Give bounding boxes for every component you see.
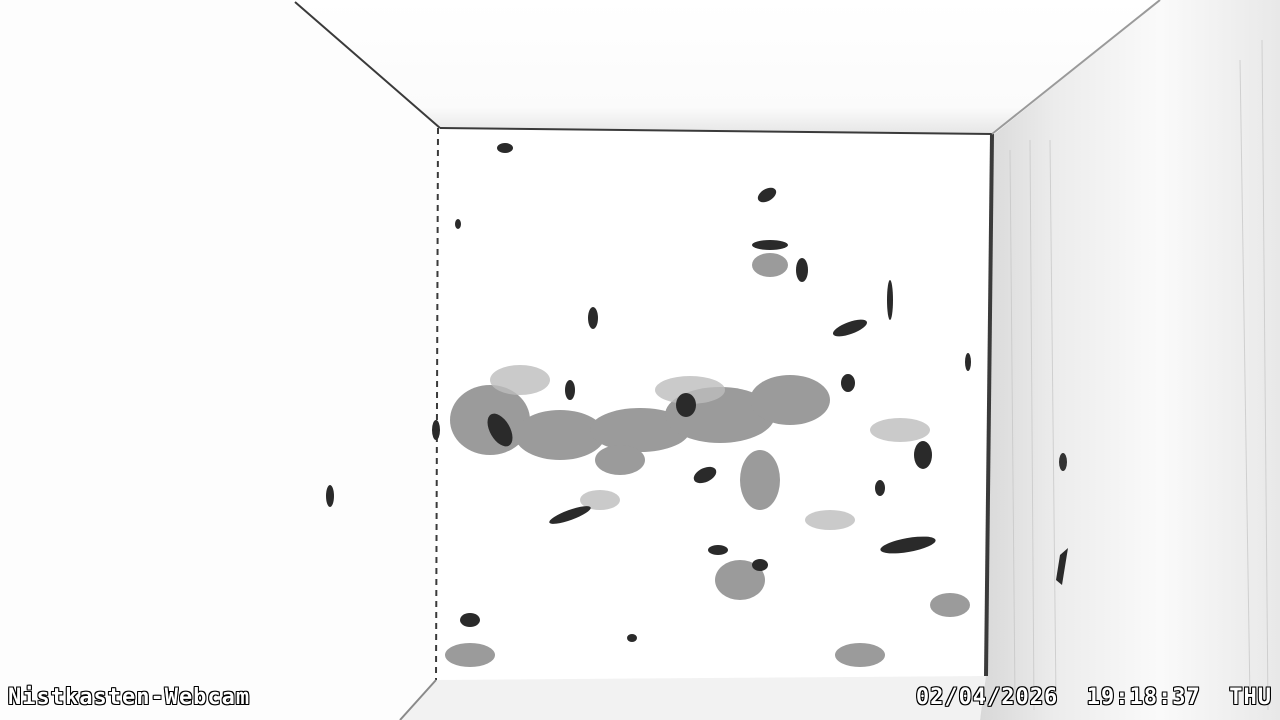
bottom-wall [400,676,986,720]
camera-name-overlay: Nistkasten-Webcam [8,685,250,710]
webcam-feed [0,0,1280,720]
weekday-text: THU [1229,685,1272,710]
timestamp-overlay: 02/04/2026 19:18:37 THU [916,685,1272,710]
date-text: 02/04/2026 [916,685,1058,710]
left-wall [0,0,440,720]
nest-box-image [0,0,1280,720]
time-text: 19:18:37 [1087,685,1201,710]
